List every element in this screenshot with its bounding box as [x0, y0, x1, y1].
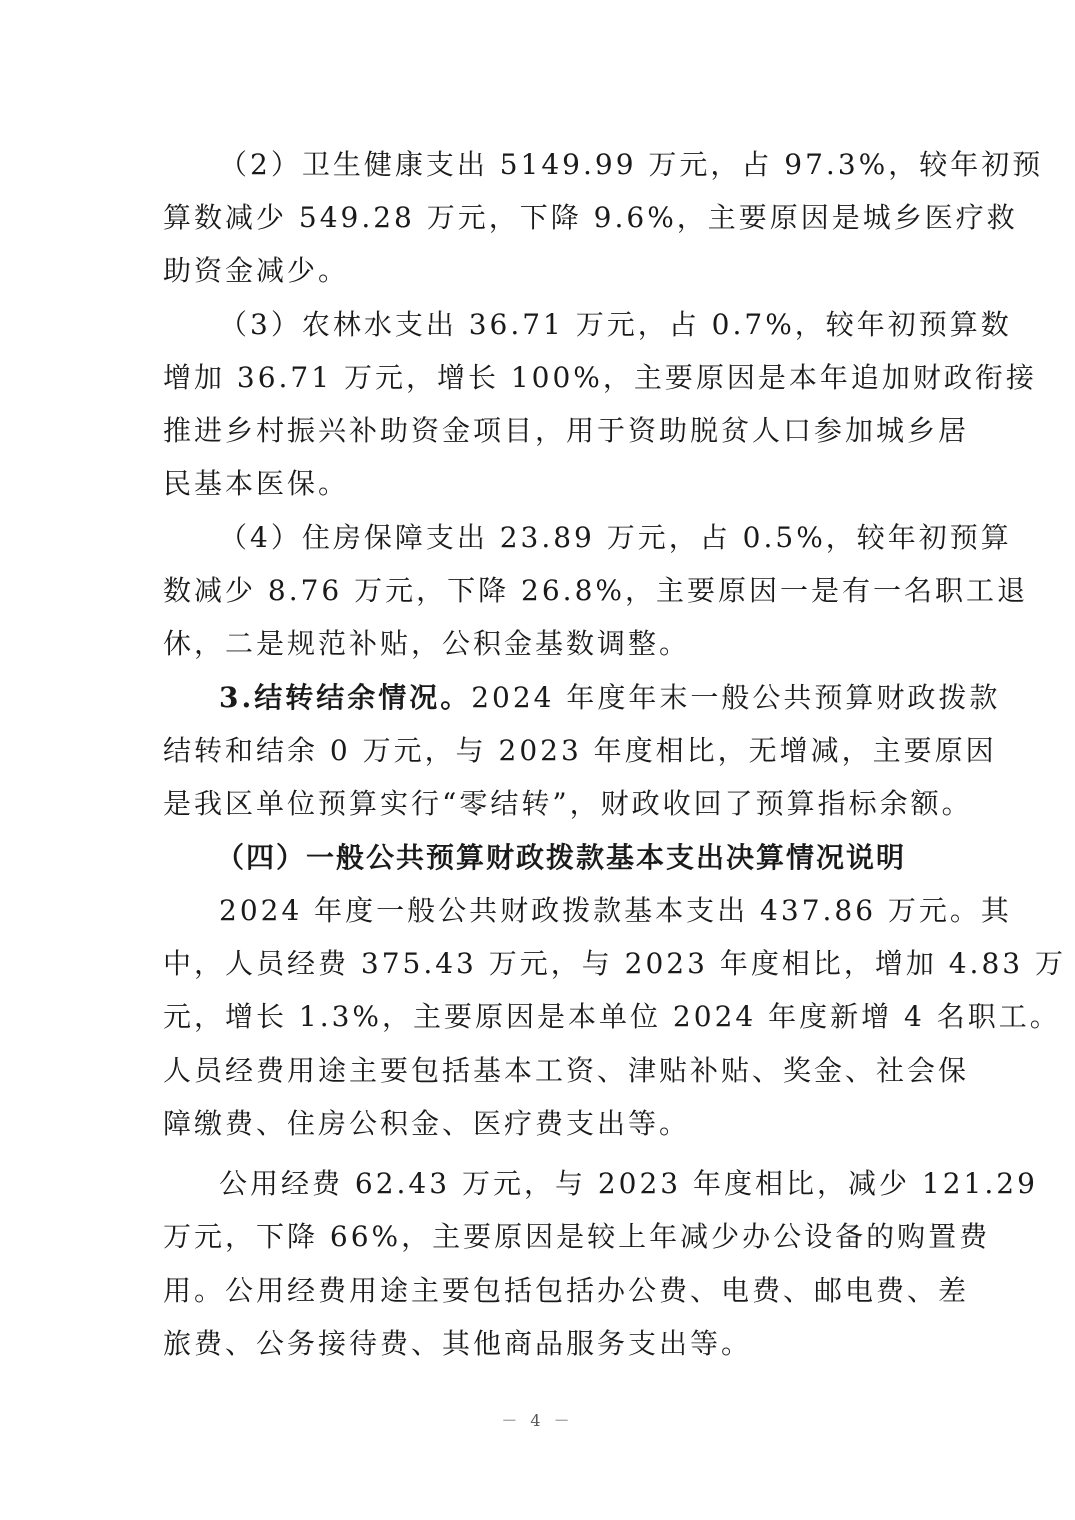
paragraph-carryover-line-2: 结转和结余 0 万元，与 2023 年度相比，无增减，主要原因: [163, 724, 915, 777]
paragraph-agriculture-line-4: 民基本医保。: [163, 457, 915, 510]
paragraph-public-line-3: 用。公用经费用途主要包括包括办公费、电费、邮电费、差: [163, 1264, 915, 1317]
paragraph-public-line-1: 公用经费 62.43 万元，与 2023 年度相比，减少 121.29: [219, 1157, 915, 1210]
paragraph-basic-line-4: 人员经费用途主要包括基本工资、津贴补贴、奖金、社会保: [163, 1044, 915, 1097]
carryover-line-1-text: 2024 年度年末一般公共预算财政拨款: [471, 681, 1000, 714]
paragraph-basic-line-1: 2024 年度一般公共财政拨款基本支出 437.86 万元。其: [219, 884, 915, 937]
paragraph-carryover-line-1: 3.结转结余情况。2024 年度年末一般公共预算财政拨款: [219, 671, 915, 724]
carryover-lead-heading: 3.结转结余情况。: [219, 681, 471, 714]
paragraph-agriculture-line-2: 增加 36.71 万元，增长 100%，主要原因是本年追加财政衔接: [163, 351, 915, 404]
document-page: （2）卫生健康支出 5149.99 万元，占 97.3%，较年初预 算数减少 5…: [0, 0, 1075, 1520]
paragraph-basic-line-2: 中，人员经费 375.43 万元，与 2023 年度相比，增加 4.83 万: [163, 937, 915, 990]
paragraph-basic-line-3: 元，增长 1.3%，主要原因是本单位 2024 年度新增 4 名职工。: [163, 990, 915, 1043]
paragraph-health-line-1: （2）卫生健康支出 5149.99 万元，占 97.3%，较年初预: [219, 138, 915, 191]
paragraph-carryover-line-3: 是我区单位预算实行“零结转”，财政收回了预算指标余额。: [163, 777, 915, 830]
paragraph-agriculture-line-1: （3）农林水支出 36.71 万元，占 0.7%，较年初预算数: [219, 298, 915, 351]
page-number: － 4 －: [0, 1408, 1075, 1431]
paragraph-health-line-3: 助资金减少。: [163, 244, 915, 297]
paragraph-public-line-4: 旅费、公务接待费、其他商品服务支出等。: [163, 1317, 915, 1370]
section-heading: （四）一般公共预算财政拨款基本支出决算情况说明: [216, 831, 888, 884]
paragraph-public-line-2: 万元，下降 66%，主要原因是较上年减少办公设备的购置费: [163, 1210, 915, 1263]
paragraph-housing-line-3: 休，二是规范补贴，公积金基数调整。: [163, 617, 915, 670]
paragraph-agriculture-line-3: 推进乡村振兴补助资金项目，用于资助脱贫人口参加城乡居: [163, 404, 915, 457]
paragraph-housing-line-1: （4）住房保障支出 23.89 万元，占 0.5%，较年初预算: [219, 511, 915, 564]
paragraph-health-line-2: 算数减少 549.28 万元，下降 9.6%，主要原因是城乡医疗救: [163, 191, 915, 244]
paragraph-basic-line-5: 障缴费、住房公积金、医疗费支出等。: [163, 1097, 915, 1150]
paragraph-housing-line-2: 数减少 8.76 万元，下降 26.8%，主要原因一是有一名职工退: [163, 564, 915, 617]
